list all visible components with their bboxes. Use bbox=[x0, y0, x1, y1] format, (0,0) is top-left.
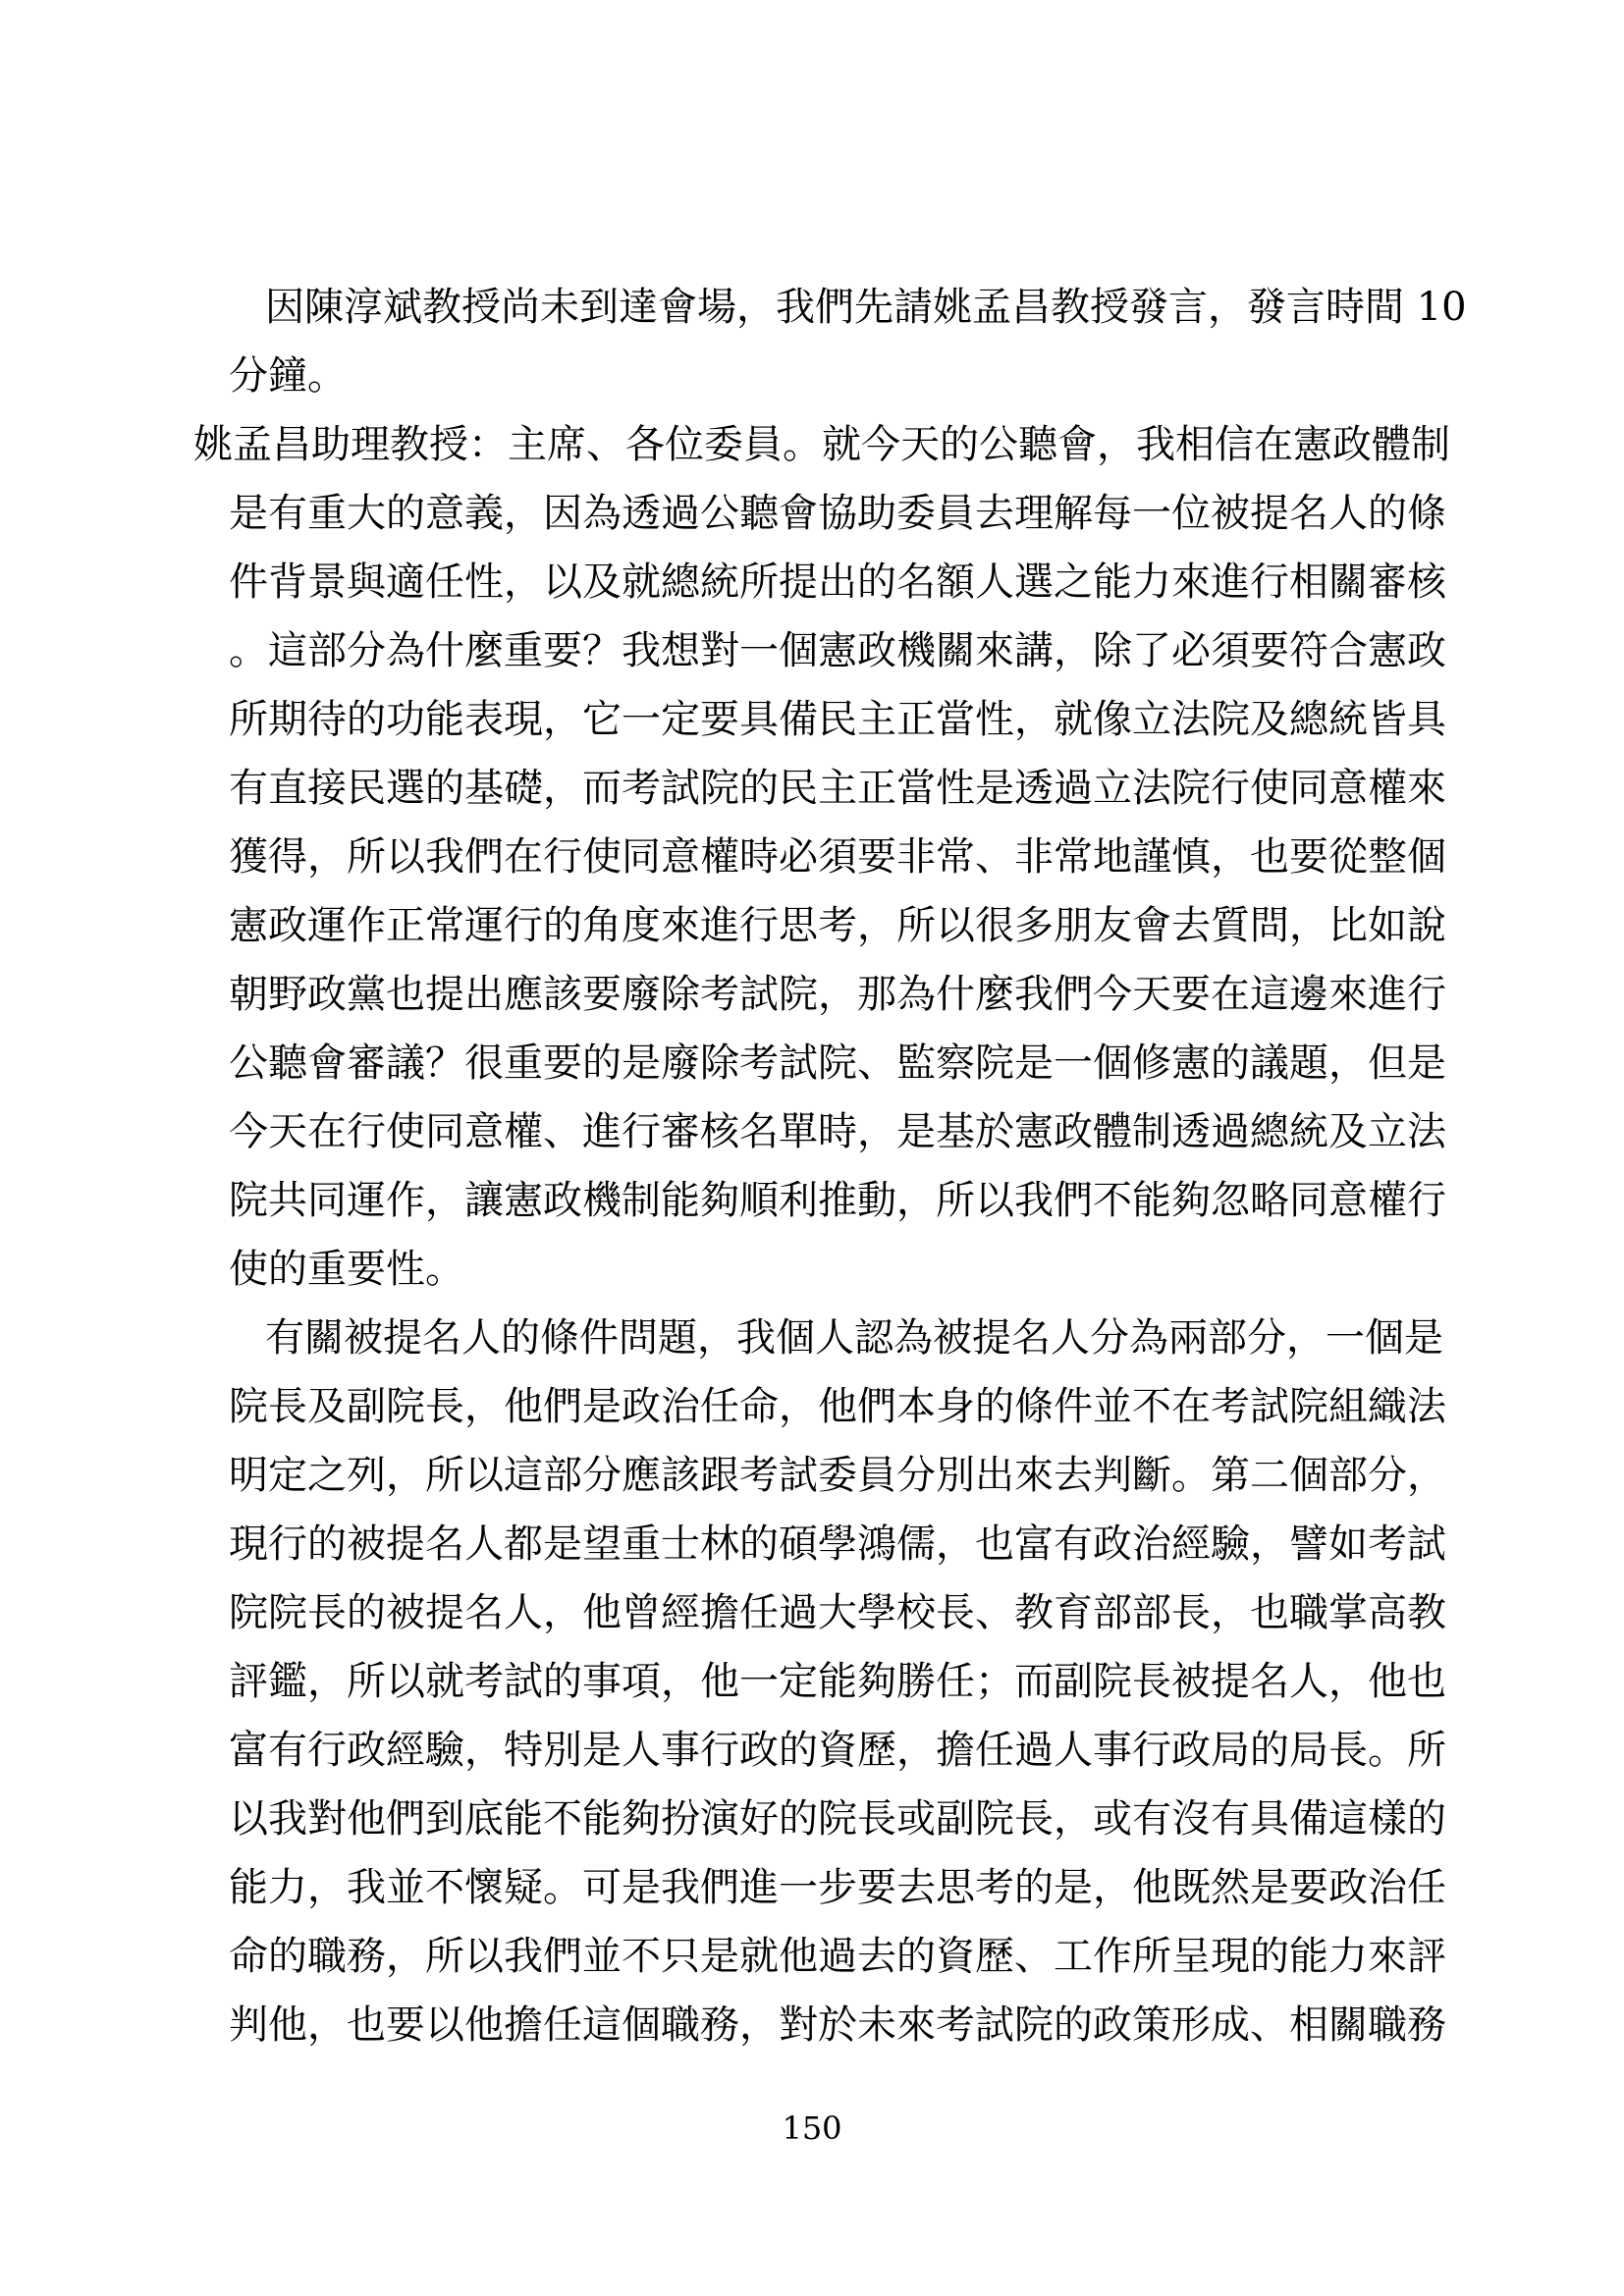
transcript-line: 因陳淳斌教授尚未到達會場，我們先請姚孟昌教授發言，發言時間 10 bbox=[193, 273, 1470, 342]
transcript-line: 憲政運作正常運行的角度來進行思考，所以很多朋友會去質問，比如說 bbox=[193, 891, 1470, 960]
transcript-line: 院長及副院長，他們是政治任命，他們本身的條件並不在考試院組織法 bbox=[193, 1372, 1470, 1441]
transcript-line: 獲得，所以我們在行使同意權時必須要非常、非常地謹慎，也要從整個 bbox=[193, 823, 1470, 891]
transcript-line: 以我對他們到底能不能夠扮演好的院長或副院長，或有沒有具備這樣的 bbox=[193, 1785, 1470, 1853]
transcript-line: 富有行政經驗，特別是人事行政的資歷，擔任過人事行政局的局長。所 bbox=[193, 1716, 1470, 1785]
transcript-body: 因陳淳斌教授尚未到達會場，我們先請姚孟昌教授發言，發言時間 10分鐘。姚孟昌助理… bbox=[193, 273, 1470, 2059]
transcript-line: 姚孟昌助理教授：主席、各位委員。就今天的公聽會，我相信在憲政體制 bbox=[193, 410, 1470, 479]
transcript-line: 現行的被提名人都是望重士林的碩學鴻儒，也富有政治經驗，譬如考試 bbox=[193, 1510, 1470, 1578]
transcript-line: 判他，也要以他擔任這個職務，對於未來考試院的政策形成、相關職務 bbox=[193, 1991, 1470, 2059]
transcript-line: 使的重要性。 bbox=[193, 1235, 1470, 1304]
transcript-line: 公聽會審議？很重要的是廢除考試院、監察院是一個修憲的議題，但是 bbox=[193, 1029, 1470, 1097]
transcript-line: 今天在行使同意權、進行審核名單時，是基於憲政體制透過總統及立法 bbox=[193, 1097, 1470, 1166]
transcript-line: 有直接民選的基礎，而考試院的民主正當性是透過立法院行使同意權來 bbox=[193, 754, 1470, 823]
page-number: 150 bbox=[0, 2109, 1624, 2148]
document-page: 因陳淳斌教授尚未到達會場，我們先請姚孟昌教授發言，發言時間 10分鐘。姚孟昌助理… bbox=[0, 0, 1624, 2296]
transcript-line: 院院長的被提名人，他曾經擔任過大學校長、教育部部長，也職掌高教 bbox=[193, 1578, 1470, 1647]
transcript-line: 分鐘。 bbox=[193, 342, 1470, 410]
transcript-line: 院共同運作，讓憲政機制能夠順利推動，所以我們不能夠忽略同意權行 bbox=[193, 1166, 1470, 1235]
transcript-line: 明定之列，所以這部分應該跟考試委員分別出來去判斷。第二個部分， bbox=[193, 1441, 1470, 1510]
transcript-line: 。這部分為什麼重要？我想對一個憲政機關來講，除了必須要符合憲政 bbox=[193, 616, 1470, 685]
transcript-line: 有關被提名人的條件問題，我個人認為被提名人分為兩部分，一個是 bbox=[193, 1304, 1470, 1372]
transcript-line: 是有重大的意義，因為透過公聽會協助委員去理解每一位被提名人的條 bbox=[193, 479, 1470, 548]
transcript-line: 命的職務，所以我們並不只是就他過去的資歷、工作所呈現的能力來評 bbox=[193, 1922, 1470, 1991]
transcript-line: 件背景與適任性，以及就總統所提出的名額人選之能力來進行相關審核 bbox=[193, 548, 1470, 616]
transcript-line: 評鑑，所以就考試的事項，他一定能夠勝任；而副院長被提名人，他也 bbox=[193, 1647, 1470, 1716]
transcript-line: 所期待的功能表現，它一定要具備民主正當性，就像立法院及總統皆具 bbox=[193, 685, 1470, 754]
transcript-line: 朝野政黨也提出應該要廢除考試院，那為什麼我們今天要在這邊來進行 bbox=[193, 960, 1470, 1029]
transcript-line: 能力，我並不懷疑。可是我們進一步要去思考的是，他既然是要政治任 bbox=[193, 1853, 1470, 1922]
